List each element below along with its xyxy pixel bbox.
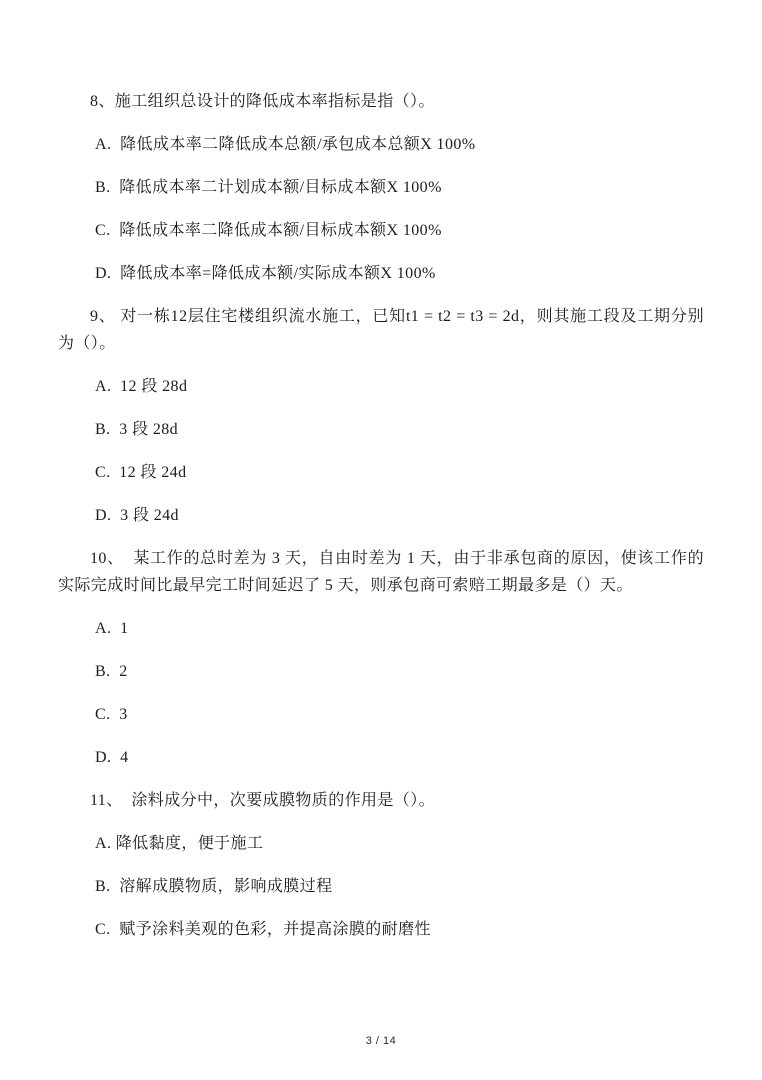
document-content: 8、施工组织总设计的降低成本率指标是指（）。 A. 降低成本率二降低成本总额/承… <box>58 88 704 959</box>
question-stem: 9、 对一栋12层住宅楼组织流水施工，已知t1 = t2 = t3 = 2d，则… <box>58 303 704 357</box>
page-number: 3 / 14 <box>366 1035 397 1047</box>
question-11: 11、 涂料成分中，次要成膜物质的作用是（）。 A. 降低黏度，便于施工 B. … <box>58 787 704 943</box>
option-item-b: B. 3 段 28d <box>95 416 704 443</box>
page-footer: 3 / 14 <box>0 1035 762 1047</box>
question-stem: 11、 涂料成分中，次要成膜物质的作用是（）。 <box>58 787 704 814</box>
document-page: 8、施工组织总设计的降低成本率指标是指（）。 A. 降低成本率二降低成本总额/承… <box>0 0 762 1080</box>
option-item-d: D. 4 <box>95 744 704 771</box>
question-stem: 10、 某工作的总时差为 3 天，自由时差为 1 天，由于非承包商的原因，使该工… <box>58 545 704 599</box>
question-stem: 8、施工组织总设计的降低成本率指标是指（）。 <box>58 88 704 115</box>
option-item-c: C. 降低成本率二降低成本额/目标成本额X 100% <box>95 217 704 244</box>
option-item-d: D. 降低成本率=降低成本额/实际成本额X 100% <box>95 260 704 287</box>
option-item-a: A. 降低成本率二降低成本总额/承包成本总额X 100% <box>95 131 704 158</box>
option-item-c: C. 3 <box>95 701 704 728</box>
option-item-c: C. 12 段 24d <box>95 459 704 486</box>
option-item-c: C. 赋予涂料美观的色彩，并提高涂膜的耐磨性 <box>95 916 704 943</box>
option-item-a: A. 降低黏度，便于施工 <box>95 830 704 857</box>
option-item-a: A. 1 <box>95 615 704 642</box>
option-item-d: D. 3 段 24d <box>95 502 704 529</box>
question-8: 8、施工组织总设计的降低成本率指标是指（）。 A. 降低成本率二降低成本总额/承… <box>58 88 704 287</box>
question-9: 9、 对一栋12层住宅楼组织流水施工，已知t1 = t2 = t3 = 2d，则… <box>58 303 704 529</box>
option-item-a: A. 12 段 28d <box>95 373 704 400</box>
option-item-b: B. 溶解成膜物质，影响成膜过程 <box>95 873 704 900</box>
option-item-b: B. 2 <box>95 658 704 685</box>
option-item-b: B. 降低成本率二计划成本额/目标成本额X 100% <box>95 174 704 201</box>
question-10: 10、 某工作的总时差为 3 天，自由时差为 1 天，由于非承包商的原因，使该工… <box>58 545 704 771</box>
